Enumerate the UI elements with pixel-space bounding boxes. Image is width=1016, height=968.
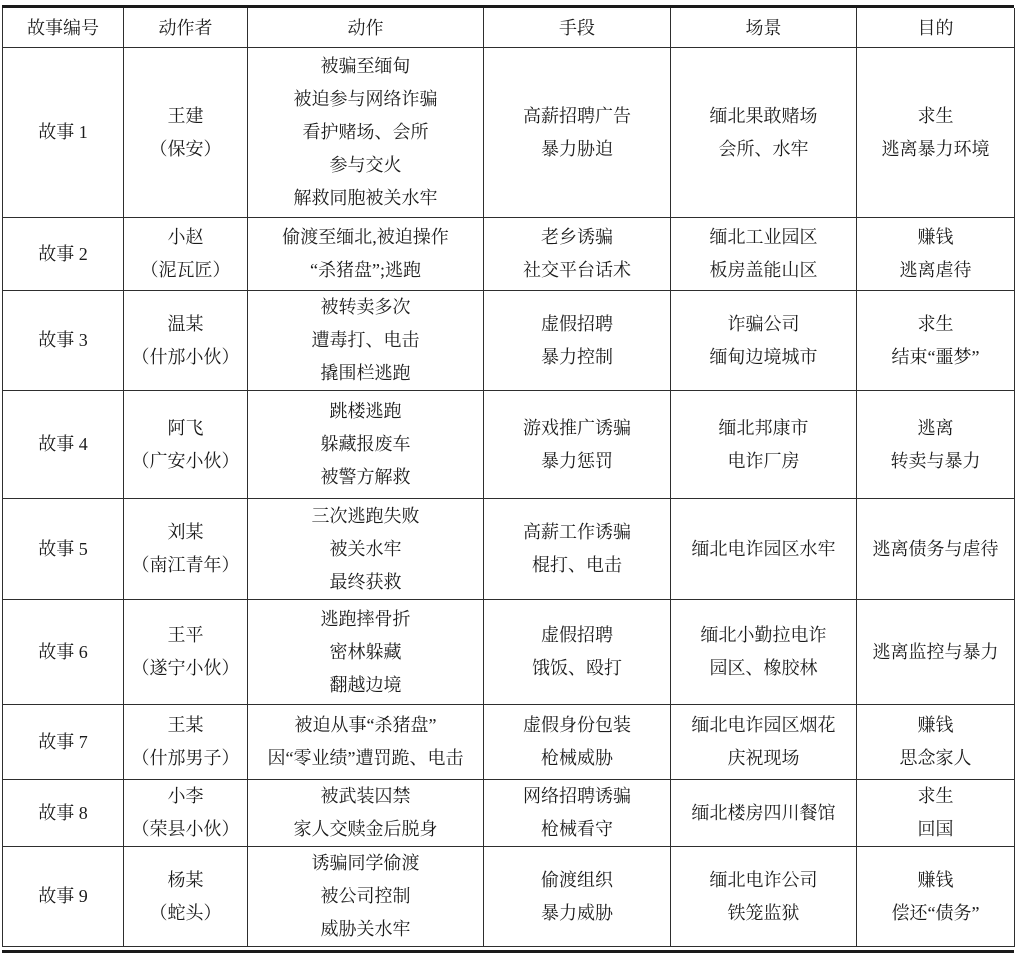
table-row-story-7: 故事 7 王某 （什邡男子） 被迫从事“杀猪盘” 因“零业绩”遭罚跪、电击 虚假… bbox=[3, 705, 1015, 780]
cell-action: 被迫从事“杀猪盘” 因“零业绩”遭罚跪、电击 bbox=[248, 705, 484, 780]
cell-means: 虚假招聘 饿饭、殴打 bbox=[484, 600, 671, 705]
cell-action: 跳楼逃跑 躲藏报废车 被警方解救 bbox=[248, 391, 484, 499]
table-row-story-6: 故事 6 王平 （遂宁小伙） 逃跑摔骨折 密林躲藏 翻越边境 虚假招聘 饿饭、殴… bbox=[3, 600, 1015, 705]
table-row-story-3: 故事 3 温某 （什邡小伙） 被转卖多次 遭毒打、电击 撬围栏逃跑 虚假招聘 暴… bbox=[3, 291, 1015, 391]
cell-means: 偷渡组织 暴力威胁 bbox=[484, 847, 671, 947]
table-row-story-4: 故事 4 阿飞 （广安小伙） 跳楼逃跑 躲藏报废车 被警方解救 游戏推广诱骗 暴… bbox=[3, 391, 1015, 499]
cell-story-id: 故事 8 bbox=[3, 780, 124, 847]
cell-story-id: 故事 3 bbox=[3, 291, 124, 391]
cell-means: 虚假招聘 暴力控制 bbox=[484, 291, 671, 391]
cell-action: 被武装囚禁 家人交赎金后脱身 bbox=[248, 780, 484, 847]
column-header-actor: 动作者 bbox=[124, 8, 248, 48]
cell-story-id: 故事 9 bbox=[3, 847, 124, 947]
table-row-story-9: 故事 9 杨某 （蛇头） 诱骗同学偷渡 被公司控制 威胁关水牢 偷渡组织 暴力威… bbox=[3, 847, 1015, 947]
cell-purpose: 赚钱 偿还“债务” bbox=[857, 847, 1015, 947]
cell-purpose: 逃离监控与暴力 bbox=[857, 600, 1015, 705]
column-header-scene: 场景 bbox=[671, 8, 857, 48]
cell-story-id: 故事 1 bbox=[3, 48, 124, 218]
cell-purpose: 赚钱 思念家人 bbox=[857, 705, 1015, 780]
table-body: 故事 1 王建 （保安） 被骗至缅甸 被迫参与网络诈骗 看护赌场、会所 参与交火… bbox=[3, 48, 1015, 947]
cell-scene: 诈骗公司 缅甸边境城市 bbox=[671, 291, 857, 391]
cell-means: 高薪招聘广告 暴力胁迫 bbox=[484, 48, 671, 218]
cell-scene: 缅北电诈园区水牢 bbox=[671, 499, 857, 600]
cell-means: 网络招聘诱骗 枪械看守 bbox=[484, 780, 671, 847]
cell-scene: 缅北果敢赌场 会所、水牢 bbox=[671, 48, 857, 218]
column-header-purpose: 目的 bbox=[857, 8, 1015, 48]
cell-actor: 温某 （什邡小伙） bbox=[124, 291, 248, 391]
cell-story-id: 故事 7 bbox=[3, 705, 124, 780]
cell-purpose: 赚钱 逃离虐待 bbox=[857, 218, 1015, 291]
cell-actor: 王某 （什邡男子） bbox=[124, 705, 248, 780]
cell-actor: 阿飞 （广安小伙） bbox=[124, 391, 248, 499]
cell-purpose: 求生 逃离暴力环境 bbox=[857, 48, 1015, 218]
cell-means: 老乡诱骗 社交平台话术 bbox=[484, 218, 671, 291]
cell-purpose: 逃离债务与虐待 bbox=[857, 499, 1015, 600]
table-row-story-1: 故事 1 王建 （保安） 被骗至缅甸 被迫参与网络诈骗 看护赌场、会所 参与交火… bbox=[3, 48, 1015, 218]
cell-means: 虚假身份包装 枪械威胁 bbox=[484, 705, 671, 780]
cell-actor: 杨某 （蛇头） bbox=[124, 847, 248, 947]
header-row: 故事编号 动作者 动作 手段 场景 目的 bbox=[3, 8, 1015, 48]
cell-actor: 小赵 （泥瓦匠） bbox=[124, 218, 248, 291]
cell-scene: 缅北工业园区 板房盖能山区 bbox=[671, 218, 857, 291]
cell-actor: 王平 （遂宁小伙） bbox=[124, 600, 248, 705]
cell-means: 高薪工作诱骗 棍打、电击 bbox=[484, 499, 671, 600]
table-row-story-2: 故事 2 小赵 （泥瓦匠） 偷渡至缅北,被迫操作 “杀猪盘”;逃跑 老乡诱骗 社… bbox=[3, 218, 1015, 291]
cell-actor: 王建 （保安） bbox=[124, 48, 248, 218]
cell-action: 诱骗同学偷渡 被公司控制 威胁关水牢 bbox=[248, 847, 484, 947]
paper-page: 故事编号 动作者 动作 手段 场景 目的 故事 1 王建 （保安） 被骗至缅甸 … bbox=[0, 0, 1016, 953]
cell-action: 偷渡至缅北,被迫操作 “杀猪盘”;逃跑 bbox=[248, 218, 484, 291]
cell-scene: 缅北楼房四川餐馆 bbox=[671, 780, 857, 847]
cell-story-id: 故事 4 bbox=[3, 391, 124, 499]
cell-action: 被骗至缅甸 被迫参与网络诈骗 看护赌场、会所 参与交火 解救同胞被关水牢 bbox=[248, 48, 484, 218]
column-header-story-id: 故事编号 bbox=[3, 8, 124, 48]
column-header-means: 手段 bbox=[484, 8, 671, 48]
cell-action: 被转卖多次 遭毒打、电击 撬围栏逃跑 bbox=[248, 291, 484, 391]
cell-scene: 缅北小勤拉电诈 园区、橡胶林 bbox=[671, 600, 857, 705]
column-header-action: 动作 bbox=[248, 8, 484, 48]
cell-means: 游戏推广诱骗 暴力惩罚 bbox=[484, 391, 671, 499]
cell-story-id: 故事 6 bbox=[3, 600, 124, 705]
story-table-frame: 故事编号 动作者 动作 手段 场景 目的 故事 1 王建 （保安） 被骗至缅甸 … bbox=[2, 5, 1014, 953]
cell-purpose: 求生 回国 bbox=[857, 780, 1015, 847]
cell-action: 三次逃跑失败 被关水牢 最终获救 bbox=[248, 499, 484, 600]
cell-actor: 刘某 （南江青年） bbox=[124, 499, 248, 600]
cell-scene: 缅北电诈公司 铁笼监狱 bbox=[671, 847, 857, 947]
cell-story-id: 故事 5 bbox=[3, 499, 124, 600]
cell-actor: 小李 （荣县小伙） bbox=[124, 780, 248, 847]
story-table: 故事编号 动作者 动作 手段 场景 目的 故事 1 王建 （保安） 被骗至缅甸 … bbox=[2, 8, 1015, 947]
cell-story-id: 故事 2 bbox=[3, 218, 124, 291]
cell-purpose: 求生 结束“噩梦” bbox=[857, 291, 1015, 391]
cell-scene: 缅北电诈园区烟花 庆祝现场 bbox=[671, 705, 857, 780]
cell-action: 逃跑摔骨折 密林躲藏 翻越边境 bbox=[248, 600, 484, 705]
cell-scene: 缅北邦康市 电诈厂房 bbox=[671, 391, 857, 499]
table-row-story-5: 故事 5 刘某 （南江青年） 三次逃跑失败 被关水牢 最终获救 高薪工作诱骗 棍… bbox=[3, 499, 1015, 600]
table-row-story-8: 故事 8 小李 （荣县小伙） 被武装囚禁 家人交赎金后脱身 网络招聘诱骗 枪械看… bbox=[3, 780, 1015, 847]
cell-purpose: 逃离 转卖与暴力 bbox=[857, 391, 1015, 499]
